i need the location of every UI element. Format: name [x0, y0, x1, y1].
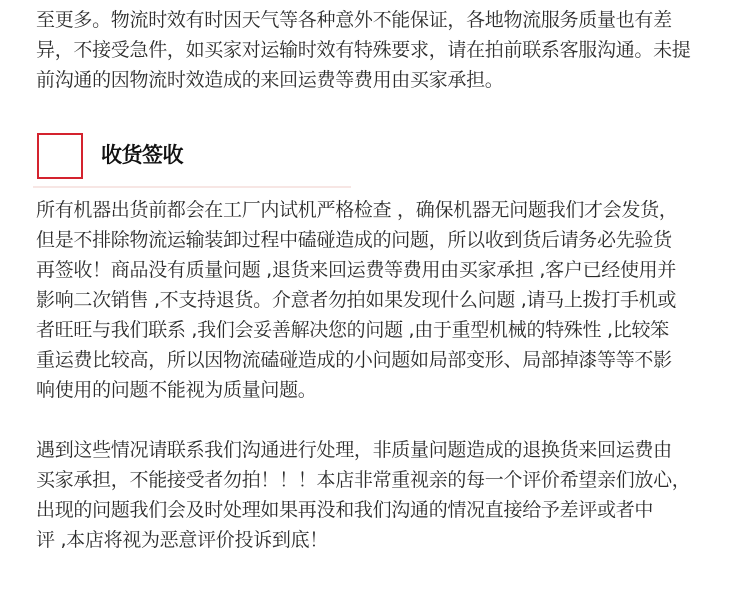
section-header-receipt: 收货签收: [36, 133, 356, 179]
section-divider: [33, 186, 351, 188]
section-marker-icon: [37, 133, 83, 179]
paragraph-line: 前沟通的因物流时效造成的来回运费等费用由买家承担。: [36, 65, 726, 95]
section-title: 收货签收: [101, 141, 183, 169]
paragraph-line: 遇到这些情况请联系我们沟通进行处理，非质量问题造成的退换货来回运费由: [36, 435, 726, 465]
product-description-page: 至更多。物流时效有时因天气等各种意外不能保证，各地物流服务质量也有差 异，不接受…: [0, 0, 750, 595]
paragraph-line: 者旺旺与我们联系 ,我们会妥善解决您的问题 ,由于重型机械的特殊性 ,比较笨: [36, 315, 726, 345]
paragraph-line: 响使用的问题不能视为质量问题。: [36, 375, 726, 405]
paragraph-line: 出现的问题我们会及时处理如果再没和我们沟通的情况直接给予差评或者中: [36, 495, 726, 525]
paragraph-line: 异，不接受急件，如买家对运输时效有特殊要求，请在拍前联系客服沟通。未提: [36, 35, 726, 65]
paragraph-line: 再签收！商品没有质量问题 ,退货来回运费等费用由买家承担 ,客户已经使用并: [36, 255, 726, 285]
paragraph-line: 至更多。物流时效有时因天气等各种意外不能保证，各地物流服务质量也有差: [36, 5, 726, 35]
paragraph-line: 买家承担，不能接受者勿拍！！！本店非常重视亲的每一个评价希望亲们放心，: [36, 465, 726, 495]
shipping-timing-paragraph: 至更多。物流时效有时因天气等各种意外不能保证，各地物流服务质量也有差 异，不接受…: [36, 5, 726, 95]
contact-policy-paragraph: 遇到这些情况请联系我们沟通进行处理，非质量问题造成的退换货来回运费由 买家承担，…: [36, 435, 726, 555]
paragraph-line: 评 ,本店将视为恶意评价投诉到底！: [36, 525, 726, 555]
paragraph-line: 影响二次销售 ,不支持退货。介意者勿拍如果发现什么问题 ,请马上拨打手机或: [36, 285, 726, 315]
inspection-policy-paragraph: 所有机器出货前都会在工厂内试机严格检查 ，确保机器无问题我们才会发货， 但是不排…: [36, 195, 726, 405]
paragraph-line: 所有机器出货前都会在工厂内试机严格检查 ，确保机器无问题我们才会发货，: [36, 195, 726, 225]
paragraph-line: 重运费比较高，所以因物流磕碰造成的小问题如局部变形、局部掉漆等等不影: [36, 345, 726, 375]
paragraph-line: 但是不排除物流运输装卸过程中磕碰造成的问题，所以收到货后请务必先验货: [36, 225, 726, 255]
